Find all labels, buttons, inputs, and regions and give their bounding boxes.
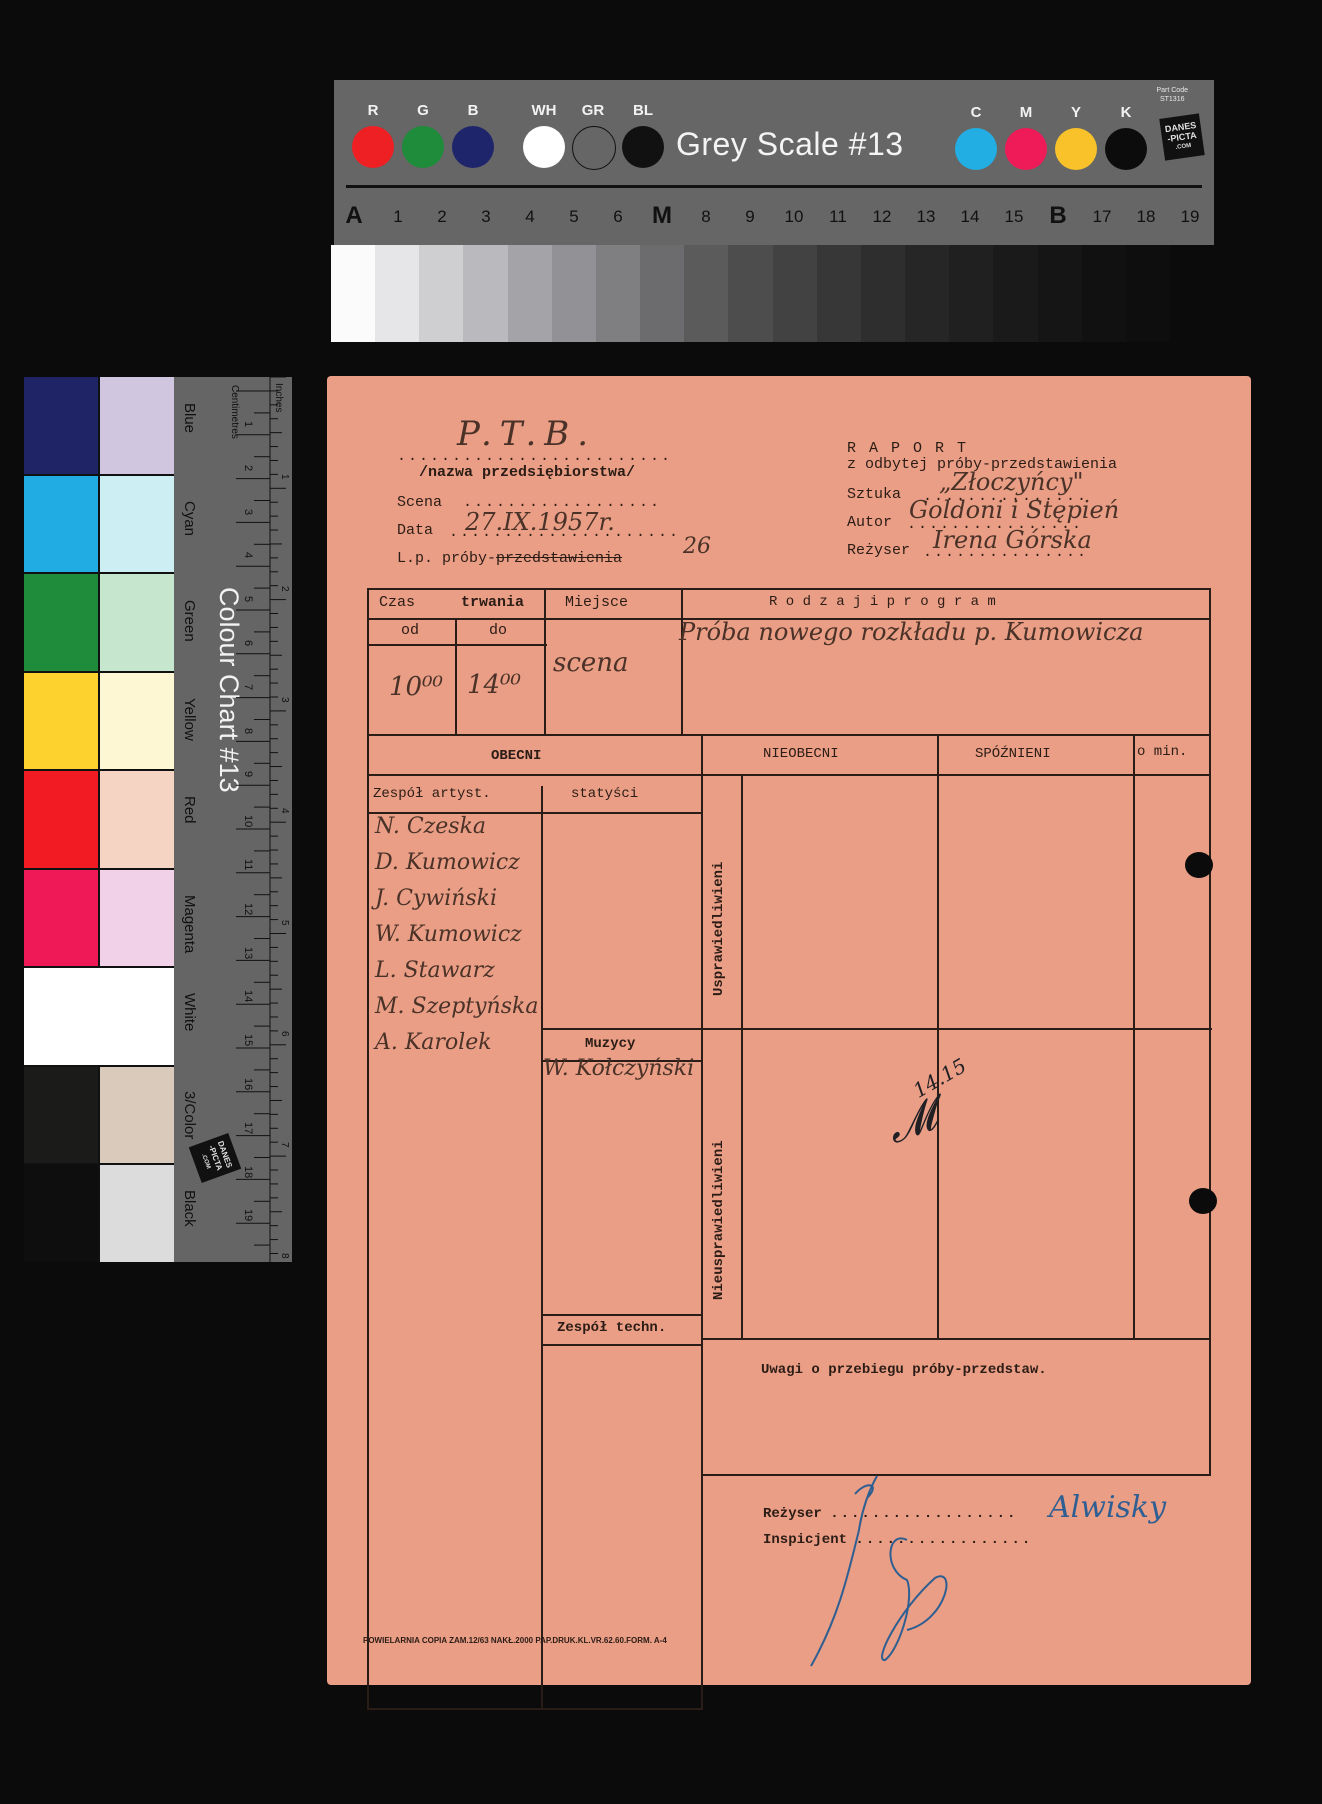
scale-step-label: A <box>334 202 374 230</box>
color-patch <box>402 126 444 168</box>
scale-step-label: 15 <box>994 207 1034 227</box>
inch-tick-label: 5 <box>279 920 290 926</box>
uwagi-label: Uwagi o przebiegu próby-przedstaw. <box>761 1362 1047 1378</box>
grey-scale-divider <box>346 185 1202 188</box>
colour-chart-patches <box>24 377 172 1262</box>
patch-label: B <box>453 102 493 119</box>
inch-tick-label: 3 <box>279 697 290 703</box>
scale-step-patch <box>817 245 861 342</box>
cm-tick-label: 16 <box>242 1078 254 1090</box>
color-patch <box>1055 128 1097 170</box>
printer-note: POWIELARNIA COPIA ZAM.12/63 NAKŁ.2000 PA… <box>363 1636 667 1645</box>
report-title: R A P O R T <box>847 440 968 457</box>
table-line <box>937 734 939 1338</box>
scale-step-label: 18 <box>1126 207 1166 227</box>
artist-entry: J. Cywiński <box>375 886 497 911</box>
table-line <box>367 588 369 1710</box>
colour-patch <box>24 870 98 967</box>
patch-label: WH <box>524 102 564 119</box>
inch-tick-label: 1 <box>279 474 290 480</box>
colour-patch <box>24 377 98 474</box>
spoznieni-header: SPÓŹNIENI <box>975 746 1051 762</box>
colour-patch <box>100 771 174 868</box>
ruler-ticks <box>174 377 292 1262</box>
scale-step-label: 9 <box>730 207 770 227</box>
cm-tick-label: 17 <box>242 1122 254 1134</box>
scale-step-label: 3 <box>466 207 506 227</box>
table-line <box>541 1314 701 1316</box>
table-line <box>1209 588 1211 1476</box>
rodzaj-header: R o d z a j i p r o g r a m <box>769 594 996 610</box>
sztuka-value: „Złoczyńcy" <box>939 468 1083 496</box>
scale-step-patch <box>684 245 728 342</box>
colour-patch <box>100 377 174 474</box>
artist-entry: N. Czeska <box>375 814 486 839</box>
nieusprawiedliwieni-label: Nieusprawiedliwieni <box>711 1140 727 1300</box>
cm-tick-label: 12 <box>242 903 254 915</box>
lp-struck-text: przedstawienia <box>496 550 622 567</box>
color-patch <box>1105 128 1147 170</box>
colour-chart-card: Colour Chart #13 Centimetres Inches DANE… <box>24 377 292 1262</box>
part-code-label: Part Code <box>1156 86 1188 95</box>
punch-hole <box>1185 852 1213 878</box>
table-line <box>1133 734 1135 1338</box>
rezyser-signature: Alwisky <box>1049 1490 1166 1525</box>
color-patch <box>452 126 494 168</box>
cm-tick-label: 6 <box>242 640 254 646</box>
zespol-techn-header: Zespół techn. <box>557 1320 666 1336</box>
miejsce-value: scena <box>553 648 629 678</box>
musician-entry: W. Kołczyński <box>543 1056 694 1081</box>
scale-step-patch <box>728 245 772 342</box>
patch-label: GR <box>573 102 613 119</box>
do-value: 14⁰⁰ <box>467 670 521 700</box>
autor-label: Autor <box>847 514 892 531</box>
table-line <box>741 774 743 1338</box>
colour-patch <box>100 1067 174 1164</box>
colour-patch <box>100 476 174 573</box>
color-patch <box>352 126 394 168</box>
table-line <box>455 618 457 734</box>
cm-tick-label: 8 <box>242 728 254 734</box>
scale-step-patch <box>1170 245 1214 342</box>
artist-entry: M. Szeptyńska <box>375 994 538 1019</box>
table-line <box>681 588 683 734</box>
grey-scale-card: RGBWHGRBL Grey Scale #13 CMYK Part Code … <box>334 80 1214 342</box>
scale-step-patch <box>949 245 993 342</box>
color-patch <box>622 126 664 168</box>
inch-tick-label: 6 <box>279 1031 290 1037</box>
scale-step-label: 4 <box>510 207 550 227</box>
inspicjent-signature <box>807 1470 1027 1680</box>
cm-tick-label: 15 <box>242 1034 254 1046</box>
scale-step-patch <box>1126 245 1170 342</box>
colour-patch <box>100 870 174 967</box>
scale-step-label: 6 <box>598 207 638 227</box>
company-name-dotted-line: ......................... <box>397 448 672 465</box>
table-line <box>541 1028 1212 1030</box>
cm-tick-label: 1 <box>242 421 254 427</box>
scale-step-patch <box>375 245 419 342</box>
scale-step-patch <box>861 245 905 342</box>
scale-step-label: 19 <box>1170 207 1210 227</box>
patch-label: C <box>956 104 996 121</box>
scale-step-label: 8 <box>686 207 726 227</box>
cm-tick-label: 14 <box>242 990 254 1002</box>
patch-label: K <box>1106 104 1146 121</box>
colour-patch <box>100 1165 174 1262</box>
cm-tick-label: 4 <box>242 552 254 558</box>
cm-tick-label: 7 <box>242 684 254 690</box>
rehearsal-report-form: P.T.B. ......................... /nazwa … <box>327 376 1251 1685</box>
colour-patch <box>100 574 174 671</box>
scale-step-patch <box>1038 245 1082 342</box>
cm-tick-label: 18 <box>242 1166 254 1178</box>
czas-header: Czas <box>379 594 415 611</box>
cm-tick-label: 5 <box>242 596 254 602</box>
rezyser-value: Irena Górska <box>933 526 1092 554</box>
table-line <box>367 774 1211 776</box>
artist-entry: W. Kumowicz <box>375 922 522 947</box>
scale-step-patch <box>596 245 640 342</box>
lp-label-text: L.p. próby- <box>397 550 496 567</box>
autor-value: Goldoni i Stępień <box>909 496 1119 524</box>
scale-step-patch <box>463 245 507 342</box>
miejsce-header: Miejsce <box>565 594 628 611</box>
patch-label: BL <box>623 102 663 119</box>
colour-patch <box>24 1067 98 1164</box>
cm-tick-label: 9 <box>242 771 254 777</box>
lp-value: 26 <box>683 534 711 559</box>
zespol-artyst-header: Zespół artyst. <box>373 786 491 802</box>
grey-scale-title: Grey Scale #13 <box>676 126 904 163</box>
table-line <box>701 1338 1211 1340</box>
punch-hole <box>1189 1188 1217 1214</box>
data-label: Data <box>397 522 433 539</box>
cm-tick-label: 2 <box>242 465 254 471</box>
artist-entry: D. Kumowicz <box>375 850 520 875</box>
cm-tick-label: 19 <box>242 1209 254 1221</box>
table-line <box>544 588 546 734</box>
scale-step-patch <box>640 245 684 342</box>
sztuka-label: Sztuka <box>847 486 901 503</box>
rezyser-label: Reżyser <box>847 542 910 559</box>
scale-step-patch <box>905 245 949 342</box>
table-line <box>367 644 547 646</box>
patch-label: M <box>1006 104 1046 121</box>
color-patch <box>572 126 616 170</box>
table-line <box>367 734 1211 736</box>
colour-patch <box>24 476 98 573</box>
nieobecni-header: NIEOBECNI <box>763 746 839 762</box>
inch-tick-label: 8 <box>279 1253 290 1259</box>
patch-label: G <box>403 102 443 119</box>
trwania-header: trwania <box>461 594 524 611</box>
color-patch <box>1005 128 1047 170</box>
patch-label: Y <box>1056 104 1096 121</box>
scale-step-patch <box>1082 245 1126 342</box>
scale-step-patch <box>331 245 375 342</box>
table-line <box>541 786 543 1708</box>
scale-step-patch <box>773 245 817 342</box>
lp-label: L.p. próby-przedstawienia <box>397 550 622 567</box>
colour-patch <box>100 673 174 770</box>
scale-step-label: M <box>642 202 682 230</box>
artist-entry: A. Karolek <box>375 1030 492 1055</box>
usprawiedliwieni-label: Usprawiedliwieni <box>711 862 727 996</box>
danes-picta-logo: DANES -PICTA .COM <box>1159 113 1204 160</box>
colour-chart-ruler: Colour Chart #13 Centimetres Inches DANE… <box>174 377 292 1262</box>
od-header: od <box>401 622 419 639</box>
muzycy-header: Muzycy <box>585 1036 635 1052</box>
colour-patch <box>24 673 98 770</box>
patch-label: R <box>353 102 393 119</box>
colour-patch <box>24 574 98 671</box>
artist-entry: L. Stawarz <box>375 958 495 983</box>
inch-tick-label: 2 <box>279 586 290 592</box>
cm-tick-label: 3 <box>242 509 254 515</box>
colour-patch <box>24 1165 98 1262</box>
o-min-header: o min. <box>1137 744 1187 760</box>
od-value: 10⁰⁰ <box>389 672 443 702</box>
colour-patch <box>24 968 174 1065</box>
data-value: 27.IX.1957r. <box>465 508 615 536</box>
scale-step-label: 5 <box>554 207 594 227</box>
inch-tick-label: 7 <box>279 1142 290 1148</box>
scale-step-patch <box>508 245 552 342</box>
scale-step-label: 13 <box>906 207 946 227</box>
part-code-value: ST1316 <box>1156 95 1188 104</box>
obecni-header: OBECNI <box>491 748 541 764</box>
company-caption: /nazwa przedsiębiorstwa/ <box>419 464 635 481</box>
part-code: Part Code ST1316 <box>1156 86 1188 104</box>
grey-scale-strip <box>331 245 1214 342</box>
statysci-header: statyści <box>571 786 638 802</box>
table-line <box>541 1344 701 1346</box>
colour-patch <box>24 771 98 868</box>
table-line <box>367 588 1211 590</box>
scale-step-patch <box>419 245 463 342</box>
scale-step-label: 2 <box>422 207 462 227</box>
scale-step-label: 10 <box>774 207 814 227</box>
scena-label: Scena <box>397 494 442 511</box>
inch-tick-label: 4 <box>279 808 290 814</box>
scale-step-label: 11 <box>818 207 858 227</box>
cm-tick-label: 13 <box>242 947 254 959</box>
program-value: Próba nowego rozkładu p. Kumowicza <box>679 618 1143 646</box>
cm-tick-label: 10 <box>242 815 254 827</box>
scale-step-label: 17 <box>1082 207 1122 227</box>
table-line <box>701 734 703 1710</box>
scale-step-label: 14 <box>950 207 990 227</box>
do-header: do <box>489 622 507 639</box>
table-line <box>367 1708 703 1710</box>
scale-step-label: 1 <box>378 207 418 227</box>
scale-step-patch <box>993 245 1037 342</box>
initials-signature: 𝓜 <box>880 1089 944 1154</box>
color-patch <box>523 126 565 168</box>
scale-step-patch <box>552 245 596 342</box>
color-patch <box>955 128 997 170</box>
scale-step-label: B <box>1038 202 1078 230</box>
cm-tick-label: 11 <box>242 859 254 870</box>
scale-step-label: 12 <box>862 207 902 227</box>
